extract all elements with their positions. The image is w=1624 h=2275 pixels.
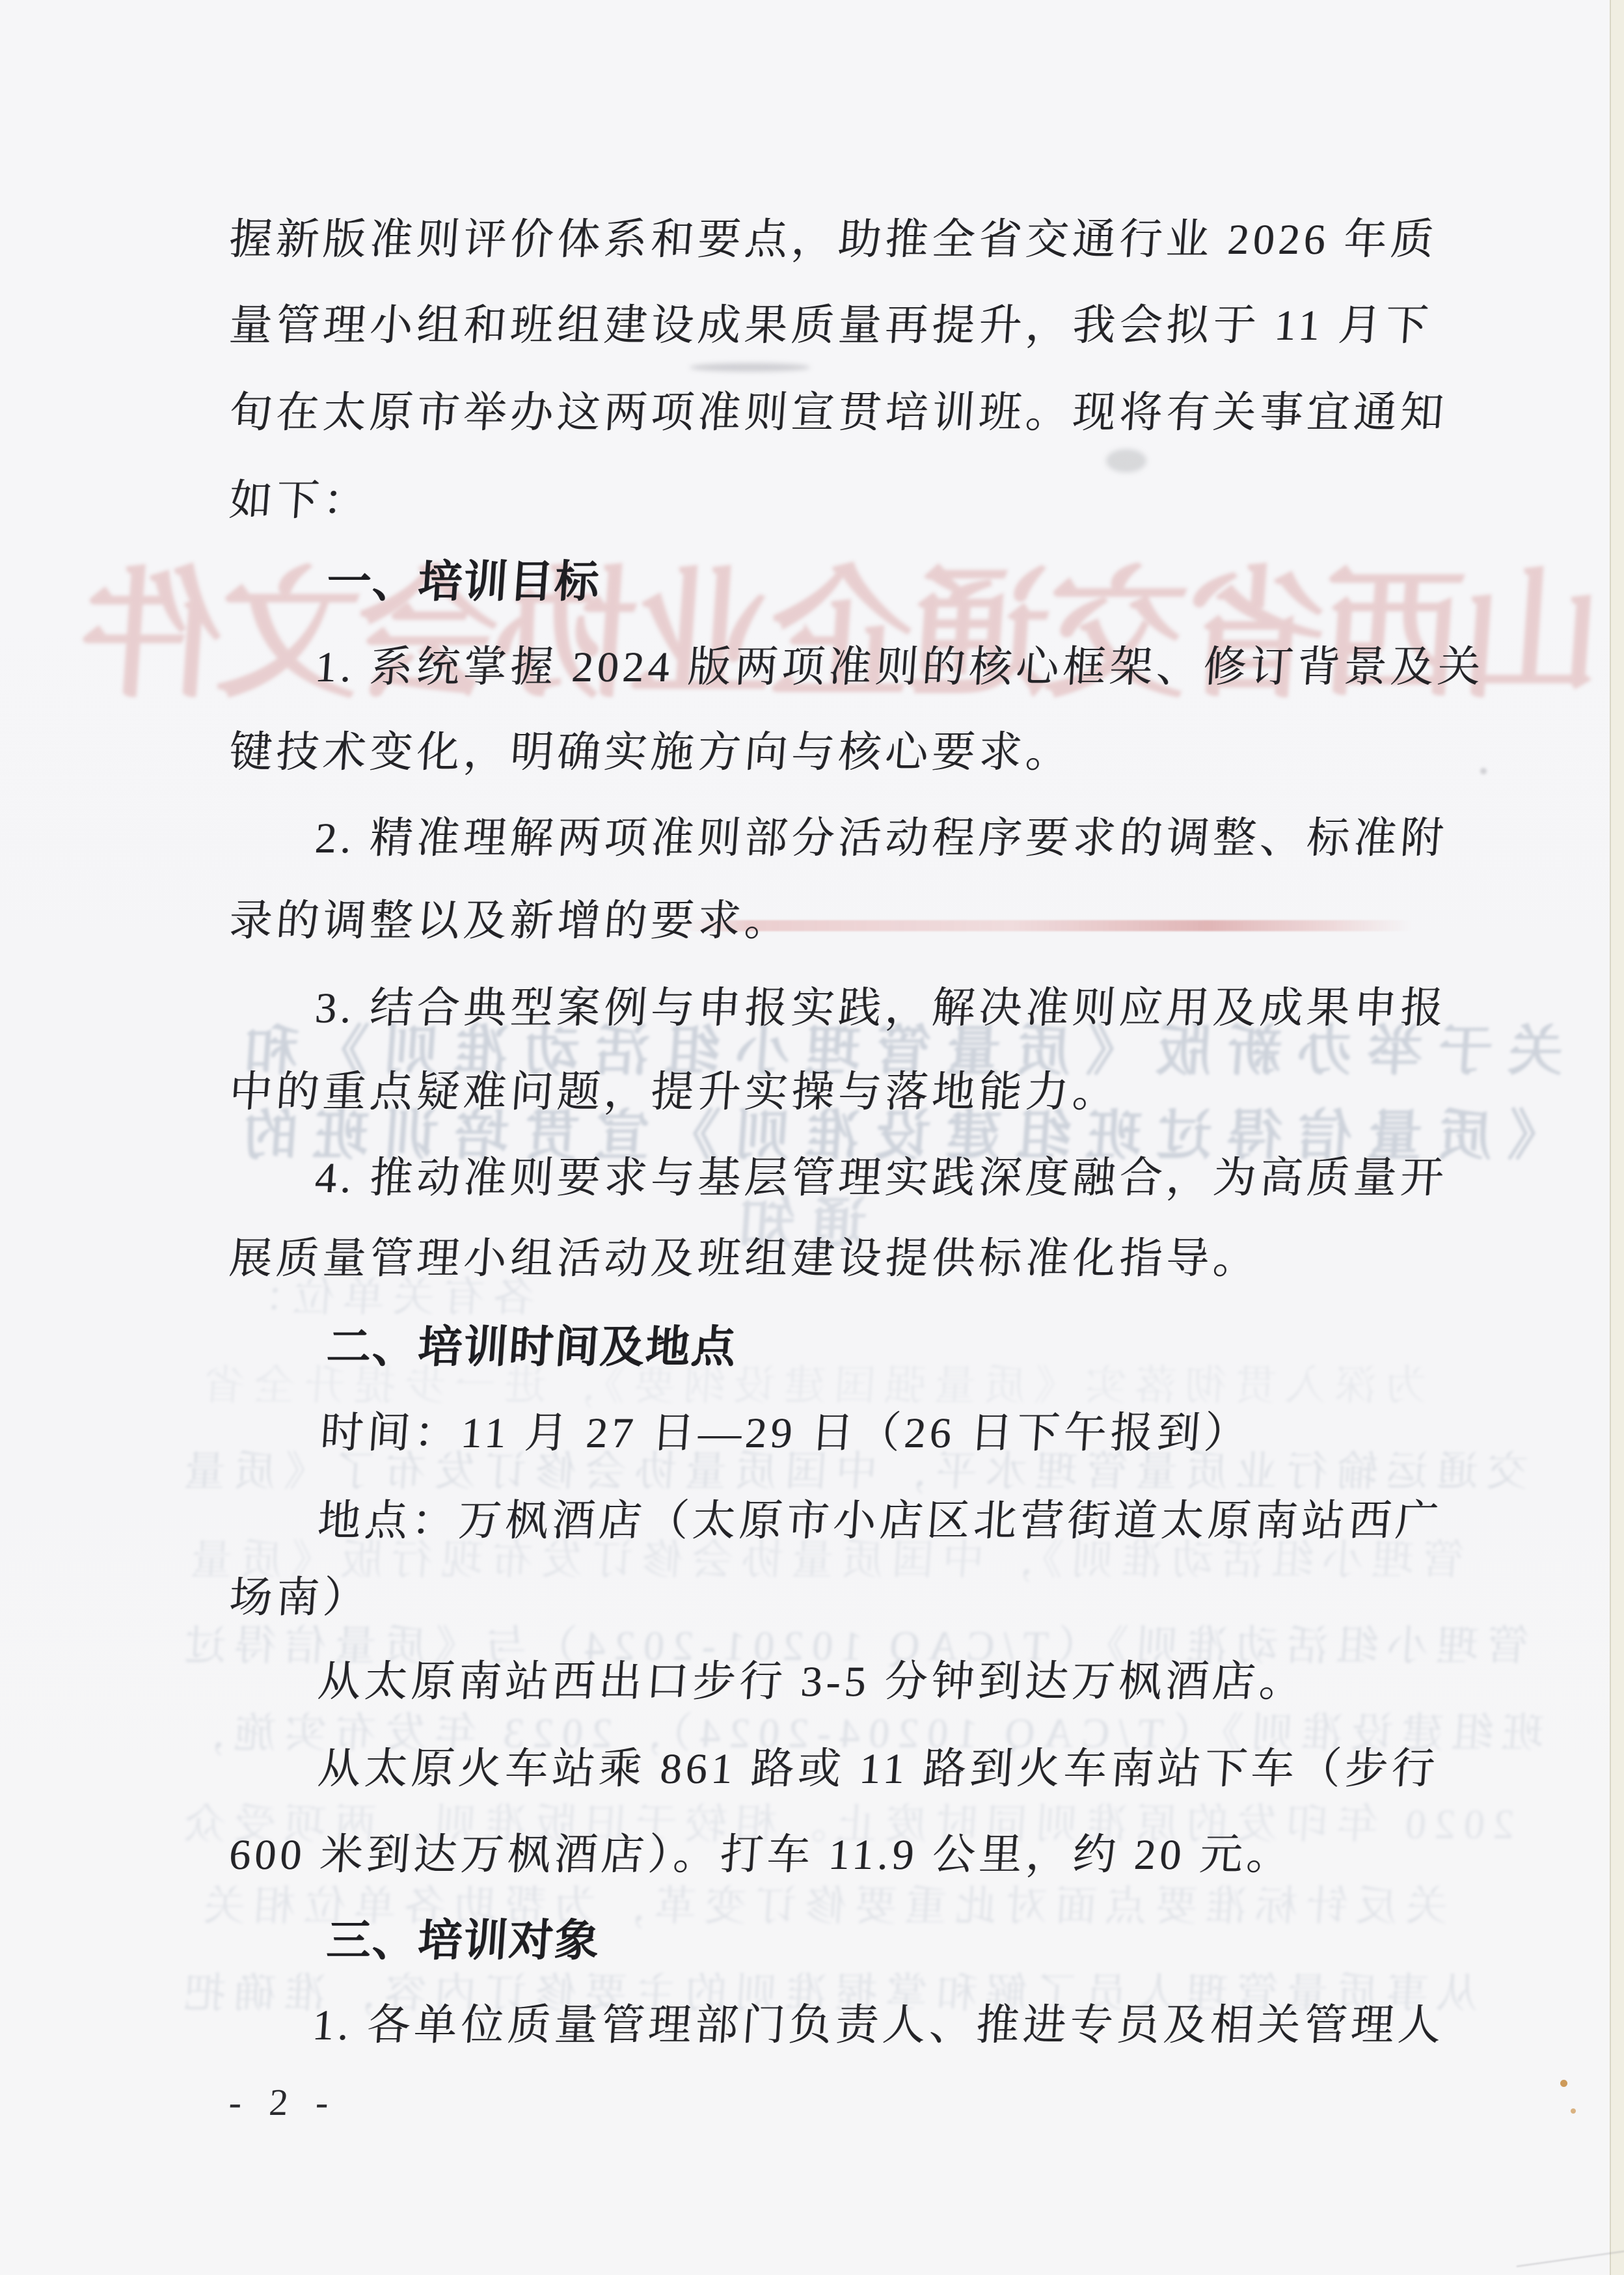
text-line: 量管理小组和班组建设成果质量再提升，我会拟于 11 月下 <box>228 305 1433 347</box>
scanner-edge-strip <box>1610 0 1624 2275</box>
page-number: - 2 - <box>228 2084 339 2121</box>
text-line: 旬在太原市举办这两项准则宣贯培训班。现将有关事宜通知 <box>228 392 1449 435</box>
scan-corner-mark <box>1517 2250 1624 2267</box>
bleed-through-body-line: 各有关单位： <box>233 1277 536 1318</box>
bleed-through-body-line: 管理小组活动准则》，中国质量协会修订发布现行版《质量 <box>181 1540 1465 1581</box>
text-line: 地点：万枫酒店（太原市小店区北营街道太原南站西广 <box>316 1500 1444 1543</box>
text-line: 键技术变化，明确实施方向与核心要求。 <box>228 731 1074 774</box>
text-line: 录的调整以及新增的要求。 <box>228 900 793 943</box>
text-line: 从太原火车站乘 861 路或 11 路到火车南站下车（步行 <box>316 1748 1440 1791</box>
section-heading: 三、培训对象 <box>325 1918 602 1963</box>
bleed-through-body-line: 交通运输行业质量管理水平，中国质量协会修订发布了《质量 <box>174 1451 1530 1493</box>
bleed-through-red-divider <box>682 920 1412 931</box>
section-heading: 一、培训目标 <box>325 560 602 604</box>
scan-speck <box>1571 2108 1576 2114</box>
text-line: 握新版准则评价体系和要点，助推全省交通行业 2026 年质 <box>228 219 1439 262</box>
text-line: 2. 精准理解两项准则部分活动程序要求的调整、标准附 <box>314 817 1449 860</box>
text-line: 展质量管理小组活动及班组建设提供标准化指导。 <box>228 1238 1262 1281</box>
text-line: 如下： <box>228 480 372 523</box>
text-line: 中的重点疑难问题，提升实操与落地能力。 <box>228 1071 1121 1114</box>
scan-smudge <box>1480 768 1487 774</box>
text-line: 场南） <box>228 1577 372 1620</box>
scan-speck <box>1560 2080 1567 2087</box>
text-line: 1. 各单位质量管理部门负责人、推进专员及相关管理人 <box>311 2004 1446 2047</box>
scan-smudge <box>690 363 810 372</box>
scanned-document-page: 山西省交通企业协会文件关于举办新版《质量管理小组活动准则》和《质量信得过班组建设… <box>0 0 1624 2275</box>
text-line: 600 米到达万枫酒店）。打车 11.9 公里，约 20 元。 <box>228 1834 1295 1877</box>
text-line: 从太原南站西出口步行 3-5 分钟到达万枫酒店。 <box>316 1661 1308 1704</box>
scan-smudge <box>1106 449 1146 472</box>
text-line: 时间：11 月 27 日—29 日（26 日下午报到） <box>319 1412 1252 1455</box>
section-heading: 二、培训时间及地点 <box>325 1325 738 1369</box>
text-line: 3. 结合典型案例与申报实践，解决准则应用及成果申报 <box>314 987 1449 1030</box>
text-line: 4. 推动准则要求与基层管理实践深度融合，为高质量开 <box>314 1157 1449 1200</box>
text-line: 1. 系统掌握 2024 版两项准则的核心框架、修订背景及关 <box>314 646 1486 689</box>
